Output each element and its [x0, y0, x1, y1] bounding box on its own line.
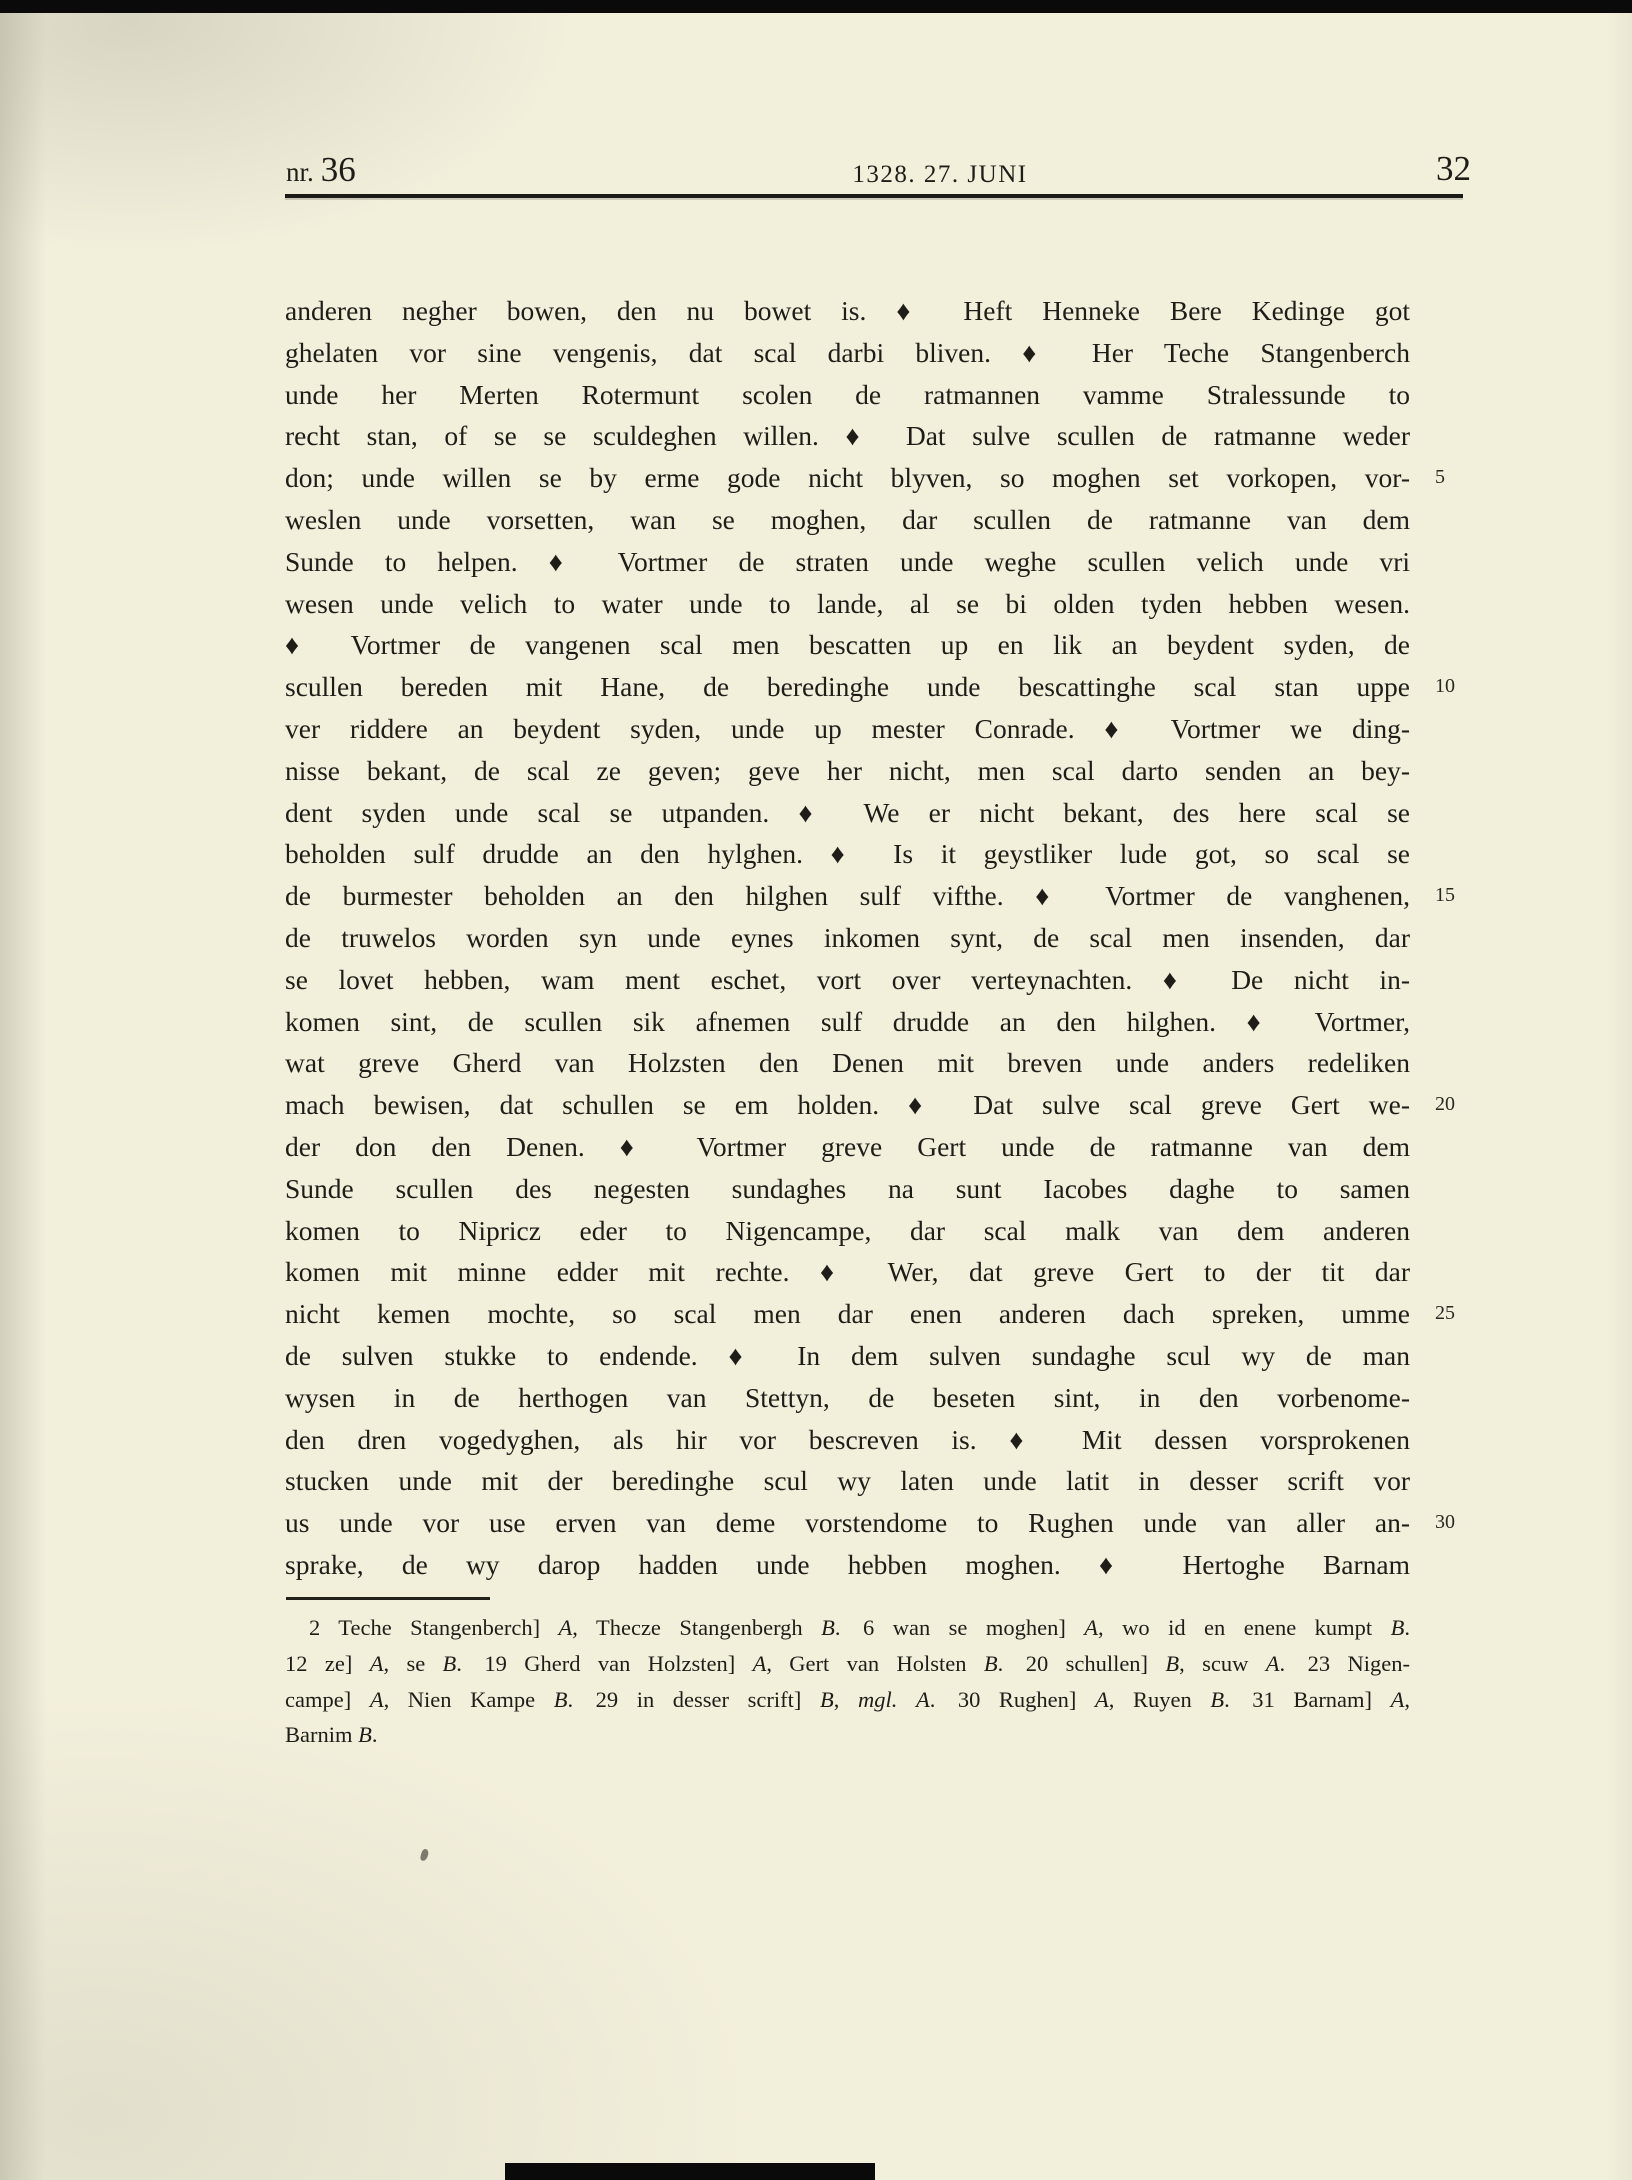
running-head-date: 1328. 27. JUNI	[852, 161, 1027, 189]
text-line: nisse bekant, de scal ze geven; geve her…	[285, 750, 1410, 792]
text-line: dent syden unde scal se utpanden. ♦ We e…	[285, 792, 1410, 834]
text-line: 5don; unde willen se by erme gode nicht …	[285, 457, 1410, 499]
header-rule	[285, 194, 1463, 198]
text-line: de truwelos worden syn unde eynes inkome…	[285, 917, 1410, 959]
line-number: 20	[1435, 1084, 1505, 1126]
text-line: anderen negher bowen, den nu bowet is. ♦…	[285, 290, 1410, 332]
scan-artifact-bottom-bar	[505, 2163, 875, 2180]
document-number-prefix: nr.	[286, 157, 314, 187]
apparatus-line: campe] A, Nien Kampe B. 29 in desser scr…	[285, 1682, 1410, 1718]
line-number: 15	[1435, 875, 1505, 917]
text-line: ghelaten vor sine vengenis, dat scal dar…	[285, 332, 1410, 374]
apparatus-line: 2 Teche Stangenberch] A, Thecze Stangenb…	[285, 1610, 1410, 1646]
text-line: de sulven stukke to endende. ♦ In dem su…	[285, 1335, 1410, 1377]
text-line: 30us unde vor use erven van deme vorsten…	[285, 1502, 1410, 1544]
text-line: 20mach bewisen, dat schullen se em holde…	[285, 1084, 1410, 1126]
apparatus-line: Barnim B.	[285, 1717, 1410, 1753]
text-line: komen sint, de scullen sik afnemen sulf …	[285, 1001, 1410, 1043]
document-body-text: anderen negher bowen, den nu bowet is. ♦…	[285, 290, 1410, 1586]
text-line: komen mit minne edder mit rechte. ♦ Wer,…	[285, 1251, 1410, 1293]
document-number-value: 36	[321, 150, 356, 189]
scan-artifact-top-bar	[0, 0, 1632, 13]
text-line: den dren vogedyghen, als hir vor bescrev…	[285, 1419, 1410, 1461]
scanned-book-page: nr.36 1328. 27. JUNI 32 anderen negher b…	[0, 0, 1632, 2180]
text-line: wysen in de herthogen van Stettyn, de be…	[285, 1377, 1410, 1419]
line-number: 25	[1435, 1293, 1505, 1335]
line-number: 10	[1435, 666, 1505, 708]
footnote-separator-rule	[286, 1597, 490, 1600]
text-line: 25nicht kemen mochte, so scal men dar en…	[285, 1293, 1410, 1335]
text-line: 10scullen bereden mit Hane, de beredingh…	[285, 666, 1410, 708]
text-line: wat greve Gherd van Holzsten den Denen m…	[285, 1042, 1410, 1084]
text-line: unde her Merten Rotermunt scolen de ratm…	[285, 374, 1410, 416]
critical-apparatus-footnotes: 2 Teche Stangenberch] A, Thecze Stangenb…	[285, 1610, 1410, 1753]
text-line: 15de burmester beholden an den hilghen s…	[285, 875, 1410, 917]
text-line: beholden sulf drudde an den hylghen. ♦ I…	[285, 833, 1410, 875]
line-number: 5	[1435, 457, 1505, 499]
text-line: ver riddere an beydent syden, unde up me…	[285, 708, 1410, 750]
scan-speck	[420, 1848, 430, 1861]
text-line: sprake, de wy darop hadden unde hebben m…	[285, 1544, 1410, 1586]
text-line: komen to Nipricz eder to Nigencampe, dar…	[285, 1210, 1410, 1252]
text-line: ♦ Vortmer de vangenen scal men bescatten…	[285, 624, 1410, 666]
text-line: stucken unde mit der beredinghe scul wy …	[285, 1460, 1410, 1502]
text-line: recht stan, of se se sculdeghen willen. …	[285, 415, 1410, 457]
text-line: Sunde to helpen. ♦ Vortmer de straten un…	[285, 541, 1410, 583]
text-line: der don den Denen. ♦ Vortmer greve Gert …	[285, 1126, 1410, 1168]
page-number: 32	[1436, 149, 1471, 189]
text-line: se lovet hebben, wam ment eschet, vort o…	[285, 959, 1410, 1001]
apparatus-line: 12 ze] A, se B. 19 Gherd van Holzsten] A…	[285, 1646, 1410, 1682]
text-line: weslen unde vorsetten, wan se moghen, da…	[285, 499, 1410, 541]
text-line: wesen unde velich to water unde to lande…	[285, 583, 1410, 625]
text-line: Sunde scullen des negesten sundaghes na …	[285, 1168, 1410, 1210]
document-number: nr.36	[286, 150, 356, 190]
line-number: 30	[1435, 1502, 1505, 1544]
